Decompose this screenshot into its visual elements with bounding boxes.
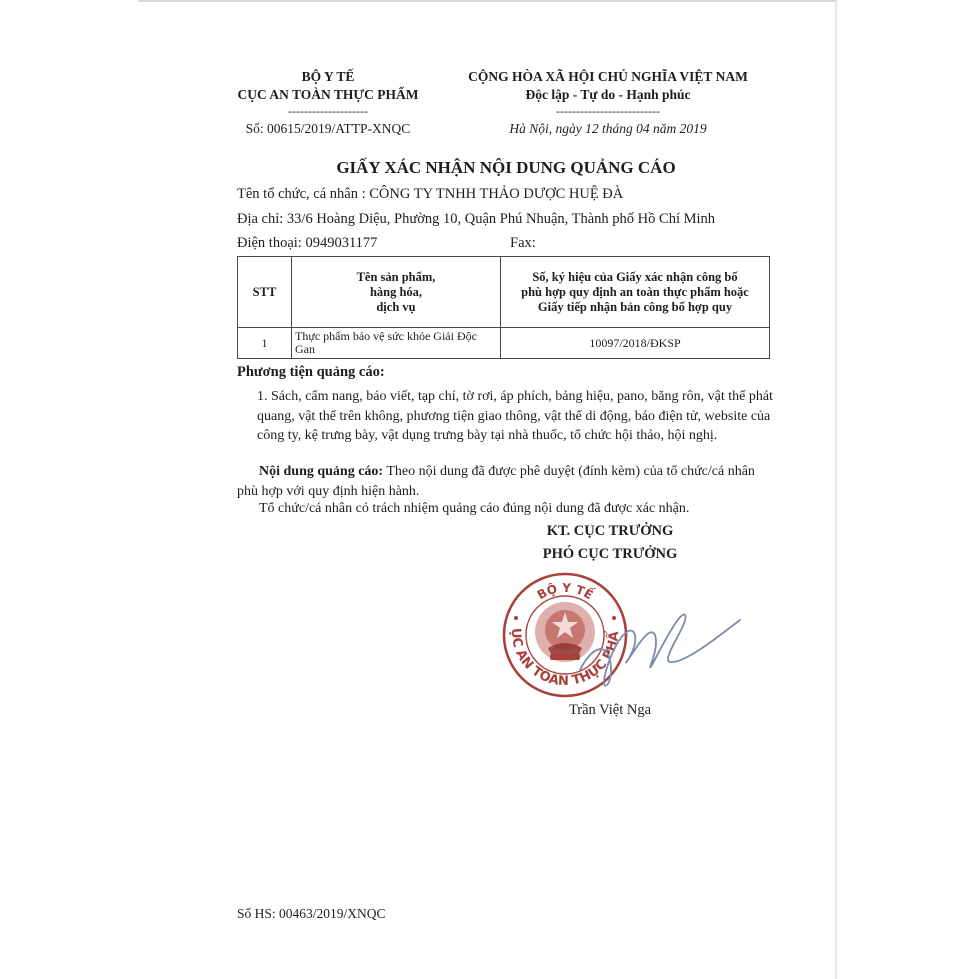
ministry-name: BỘ Y TẾ (228, 68, 428, 86)
issuer-divider: -------------------- (228, 104, 428, 118)
header-certificate-line: Số, ký hiệu của Giấy xác nhận công bố (502, 270, 768, 285)
applicant-phone: Điện thoại: 0949031177 (237, 235, 377, 252)
header-product: Tên sản phẩm, hàng hóa, dịch vụ (292, 257, 501, 328)
header-product-line: hàng hóa, (293, 285, 499, 300)
applicant-address: Địa chỉ: 33/6 Hoàng Diệu, Phường 10, Quậ… (237, 211, 715, 228)
document-title: GIẤY XÁC NHẬN NỘI DUNG QUẢNG CÁO (236, 158, 776, 178)
signer-name: Trần Việt Nga (515, 702, 705, 719)
place-date: Hà Nội, ngày 12 tháng 04 năm 2019 (448, 120, 768, 138)
applicant-fax: Fax: (510, 235, 536, 252)
product-table: STT Tên sản phẩm, hàng hóa, dịch vụ Số, … (237, 256, 770, 359)
department-name: CỤC AN TOÀN THỰC PHẨM (228, 86, 428, 104)
content-paragraph: Nội dung quảng cáo: Theo nội dung đã đượ… (237, 462, 772, 501)
header-product-line: dịch vụ (293, 300, 499, 315)
responsibility-note: Tổ chức/cá nhân có trách nhiệm quảng cáo… (259, 501, 689, 517)
content-label: Nội dung quảng cáo: (259, 464, 383, 479)
signature-title: KT. CỤC TRƯỞNG (515, 523, 705, 540)
cell-certificate: 10097/2018/ĐKSP (501, 328, 770, 359)
table-header-row: STT Tên sản phẩm, hàng hóa, dịch vụ Số, … (238, 257, 770, 328)
page-top-edge (138, 0, 836, 2)
national-divider: -------------------------- (448, 104, 768, 118)
signature-icon (560, 590, 750, 700)
media-heading: Phương tiện quảng cáo: (237, 364, 385, 381)
national-motto: CỘNG HÒA XÃ HỘI CHỦ NGHĨA VIỆT NAM (448, 68, 768, 86)
header-stt: STT (238, 257, 292, 328)
signature-subtitle: PHÓ CỤC TRƯỞNG (515, 546, 705, 563)
national-header: CỘNG HÒA XÃ HỘI CHỦ NGHĨA VIỆT NAM Độc l… (448, 68, 768, 138)
file-number: Số HS: 00463/2019/XNQC (237, 906, 386, 922)
document-number: Số: 00615/2019/ATTP-XNQC (228, 120, 428, 138)
national-motto-sub: Độc lập - Tự do - Hạnh phúc (448, 86, 768, 104)
media-list-item: 1. Sách, cẩm nang, báo viết, tạp chí, tờ… (257, 387, 777, 446)
cell-stt: 1 (238, 328, 292, 359)
header-certificate-line: phù hợp quy định an toàn thực phẩm hoặc (502, 285, 768, 300)
header-certificate: Số, ký hiệu của Giấy xác nhận công bố ph… (501, 257, 770, 328)
issuer-header: BỘ Y TẾ CỤC AN TOÀN THỰC PHẨM ----------… (228, 68, 428, 138)
header-certificate-line: Giấy tiếp nhận bản công bố hợp quy (502, 300, 768, 315)
header-product-line: Tên sản phẩm, (293, 270, 499, 285)
cell-product: Thực phẩm bảo vệ sức khỏe Giải Độc Gan (292, 328, 501, 359)
table-row: 1 Thực phẩm bảo vệ sức khỏe Giải Độc Gan… (238, 328, 770, 359)
applicant-organization: Tên tổ chức, cá nhân : CÔNG TY TNHH THẢO… (237, 186, 623, 203)
page-right-edge (835, 0, 837, 979)
